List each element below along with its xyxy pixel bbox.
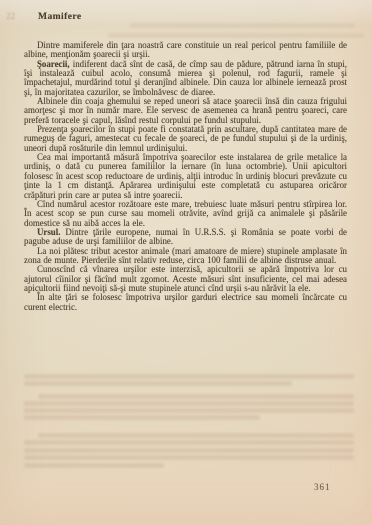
paragraph-text: La noi plătesc tribut acestor animale (m… bbox=[24, 246, 347, 265]
bleed-through-line bbox=[108, 33, 364, 38]
paragraph-text: Prezenţa şoarecilor în stupi poate fi co… bbox=[24, 124, 347, 153]
paragraph-text: În alte ţări se folosesc împotriva urşil… bbox=[24, 292, 347, 311]
scanned-book-page: 22 Mamifere Dintre mamiferele din ţara n… bbox=[0, 0, 372, 525]
bleed-through-line bbox=[130, 23, 355, 28]
page-body: Dintre mamiferele din ţara noastră care … bbox=[24, 41, 347, 312]
paragraph-text: Cunoscînd că vînarea urşilor este interz… bbox=[24, 264, 347, 293]
paragraph-text: Albinele din coaja ghemului se reped une… bbox=[24, 96, 347, 125]
bleed-through-line bbox=[24, 448, 354, 453]
paragraph: Dintre mamiferele din ţara noastră care … bbox=[24, 41, 347, 60]
paragraph-text: indiferent dacă sînt de casă, de cîmp sa… bbox=[24, 59, 347, 97]
bleed-through-line bbox=[38, 394, 354, 399]
paragraph: Ursul. Dintre ţările europene, numai în … bbox=[24, 228, 347, 247]
paragraph: Cea mai importantă măsură împotriva şoar… bbox=[24, 153, 347, 200]
paragraph: În alte ţări se folosesc împotriva urşil… bbox=[24, 293, 347, 312]
paragraph-text: Dintre ţările europene, numai în U.R.S.S… bbox=[24, 227, 347, 246]
page-number: 361 bbox=[314, 482, 331, 492]
bleed-through-line bbox=[24, 408, 354, 413]
paragraph: La noi plătesc tribut acestor animale (m… bbox=[24, 247, 347, 266]
paragraph: Prezenţa şoarecilor în stupi poate fi co… bbox=[24, 125, 347, 153]
page-heading: Mamifere bbox=[38, 11, 82, 22]
bleed-through-line bbox=[38, 433, 354, 438]
bleed-through-line bbox=[24, 440, 354, 445]
bleed-through-line bbox=[24, 415, 260, 420]
paragraph-text: Cea mai importantă măsură împotriva şoar… bbox=[24, 152, 347, 199]
paragraph-text: Cînd numărul acestor rozătoare este mare… bbox=[24, 199, 347, 228]
paragraph-text: Dintre mamiferele din ţara noastră care … bbox=[24, 40, 347, 59]
bleed-through-line bbox=[24, 463, 164, 468]
paragraph: Cunoscînd că vînarea urşilor este interz… bbox=[24, 265, 347, 293]
bleed-through-line bbox=[24, 381, 292, 386]
paragraph: Albinele din coaja ghemului se reped une… bbox=[24, 97, 347, 125]
paragraph: Cînd numărul acestor rozătoare este mare… bbox=[24, 200, 347, 228]
bleed-through-line bbox=[24, 401, 354, 406]
bleed-through-line bbox=[24, 374, 354, 379]
bleed-through-line bbox=[24, 455, 354, 460]
bleed-through-mark: 22 bbox=[6, 11, 15, 21]
paragraph: Şoarecii, indiferent dacă sînt de casă, … bbox=[24, 60, 347, 97]
